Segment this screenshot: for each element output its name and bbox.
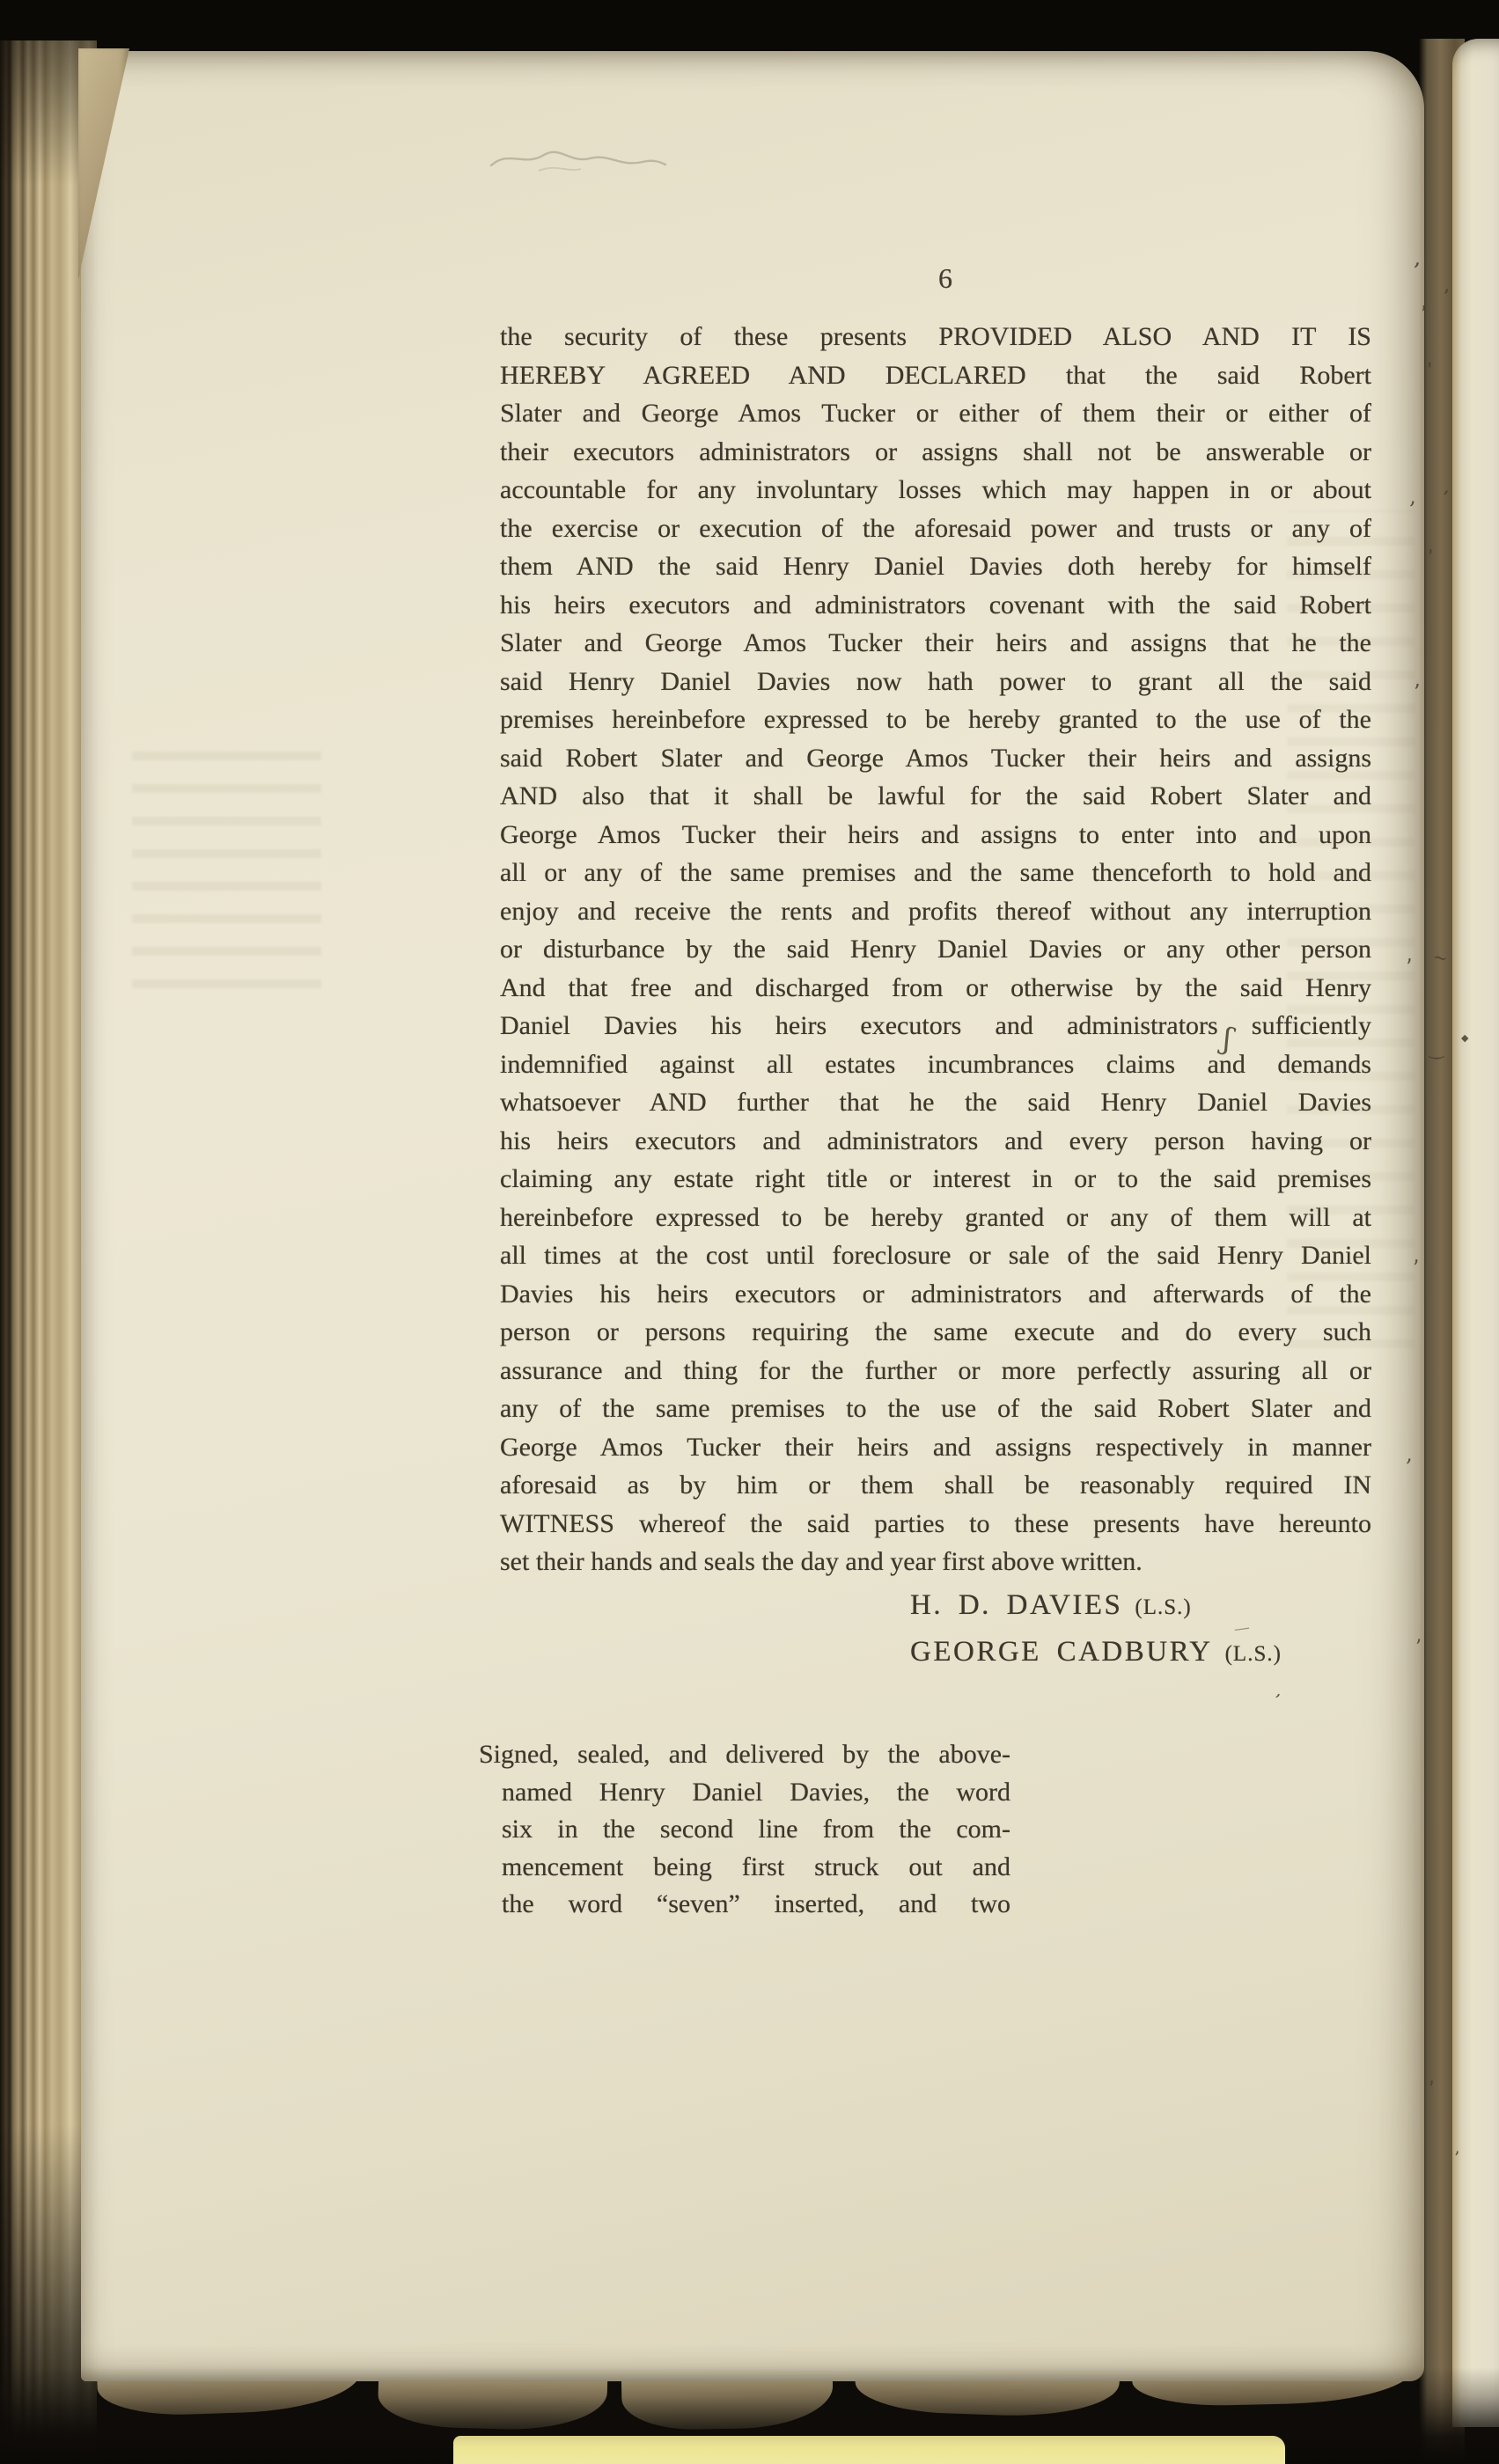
seal-abbreviation: (L.S.) [1225,1642,1282,1666]
signatory-name: H. D. DAVIES [910,1589,1122,1621]
body-text-line: said Robert Slater and George Amos Tucke… [500,739,1371,778]
body-text-line: Slater and George Amos Tucker or either … [500,394,1371,433]
attestation-line: named Henry Daniel Davies, the word [502,1774,1010,1812]
body-text-line: or disturbance by the said Henry Daniel … [500,930,1371,969]
signature-row: GEORGE CADBURY(L.S.) [910,1636,1282,1683]
pencil-scribble [486,137,671,178]
body-text-line: claiming any estate right title or inter… [500,1160,1371,1199]
signature-row: H. D. DAVIES(L.S.) [910,1589,1282,1636]
body-text-line: his heirs executors and administrators c… [500,586,1371,625]
scanned-deed-photo: 6 the security of these presents PROVIDE… [0,0,1499,2464]
body-text-line: Davies his heirs executors or administra… [500,1275,1371,1314]
body-text-line: their executors administrators or assign… [500,433,1371,472]
body-text-line: Daniel Davies his heirs executors and ad… [500,1007,1371,1045]
body-text-line: set their hands and seals the day and ye… [500,1543,1371,1581]
body-text-line: person or persons requiring the same exe… [500,1313,1371,1352]
body-text-line: the exercise or execution of the aforesa… [500,510,1371,548]
deed-page: 6 the security of these presents PROVIDE… [81,51,1424,2381]
attestation-line: six in the second line from the com- [502,1811,1010,1849]
seal-abbreviation: (L.S.) [1135,1595,1191,1619]
body-text-line: all or any of the same premises and the … [500,854,1371,892]
attestation-clause: Signed, sealed, and delivered by the abo… [479,1736,1010,1924]
body-text-line: whatsoever AND further that he the said … [500,1083,1371,1122]
body-text-line: his heirs executors and administrators a… [500,1122,1371,1161]
yellow-paper-slip [453,2436,1285,2464]
body-text-line: accountable for any involuntary losses w… [500,471,1371,510]
page-number: 6 [917,262,974,295]
body-text-line: AND also that it shall be lawful for the… [500,777,1371,816]
body-text-line: aforesaid as by him or them shall be rea… [500,1466,1371,1505]
signature-block: H. D. DAVIES(L.S.) GEORGE CADBURY(L.S.) [910,1589,1282,1683]
deed-body-paragraph: the security of these presents PROVIDED … [500,318,1371,1581]
body-text-line: And that free and discharged from or oth… [500,969,1371,1008]
body-text-line: all times at the cost until foreclosure … [500,1236,1371,1275]
body-text-line: George Amos Tucker their heirs and assig… [500,816,1371,854]
body-text-line: WITNESS whereof the said parties to thes… [500,1505,1371,1544]
body-text-line: hereinbefore expressed to be hereby gran… [500,1199,1371,1237]
attestation-line: Signed, sealed, and delivered by the abo… [479,1736,1010,1774]
attestation-line: the word “seven” inserted, and two [502,1886,1010,1924]
signatory-name: GEORGE CADBURY [910,1636,1213,1668]
curled-corner [78,48,129,279]
body-text-line: Slater and George Amos Tucker their heir… [500,624,1371,663]
body-text-line: premises hereinbefore expressed to be he… [500,700,1371,739]
body-text-line: said Henry Daniel Davies now hath power … [500,663,1371,701]
body-text-line: George Amos Tucker their heirs and assig… [500,1428,1371,1467]
next-page-edge [1452,39,1499,2427]
body-text-line: any of the same premises to the use of t… [500,1390,1371,1428]
body-text-line: the security of these presents PROVIDED … [500,318,1371,356]
attestation-line: mencement being first struck out and [502,1849,1010,1887]
body-text-line: indemnified against all estates incumbra… [500,1045,1371,1084]
body-text-line: enjoy and receive the rents and profits … [500,892,1371,931]
body-text-line: HEREBY AGREED AND DECLARED that the said… [500,356,1371,395]
body-text-line: them AND the said Henry Daniel Davies do… [500,547,1371,586]
body-text-line: assurance and thing for the further or m… [500,1352,1371,1390]
